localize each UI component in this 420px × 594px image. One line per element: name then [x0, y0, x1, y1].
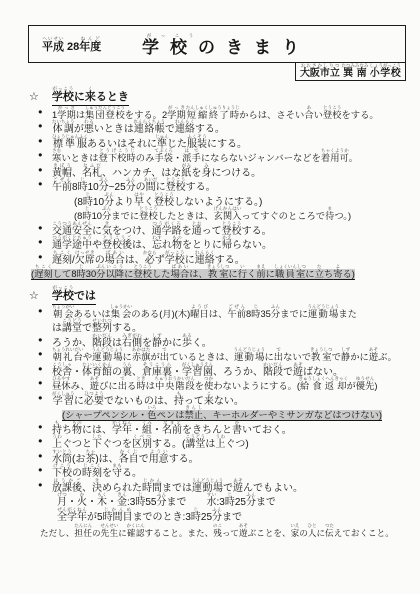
bullet-icon: ●: [38, 119, 43, 134]
section-heading: ☆学校がっこうに来くるとき: [28, 86, 406, 102]
schedule-line: 全学年ぜんがくねんが5時間目じかんめまでのとき:3時じ25分ふんまで: [28, 507, 406, 522]
bullet-icon: ●: [38, 105, 43, 120]
bullet-icon: ●: [38, 221, 43, 236]
highlight-note: (シャープペンシル・色いろペンは禁止きんし、キーホルダーやミサンガなどはつけない…: [28, 405, 406, 420]
bullet-icon: ●: [38, 362, 43, 377]
bullet-icon: ●: [38, 163, 43, 178]
rule-item: ●昼休ひるやすみ、遊あそびに出でる時ときは中央階段ちゅうおうかいだんを使つかわな…: [28, 376, 406, 391]
rule-text: (8時じ10分ぷんまでに登校とうこうしたときは、玄関入げんかんはいってすぐのとこ…: [74, 211, 351, 221]
rule-item: ●上うわぐつと下したぐつを区別くべつする。(講堂こうどうは上うわぐつ): [28, 434, 406, 449]
rule-item: ●午前ごぜん8時じ10分ぷん~25分ふんの間あいだに登校とうこうする。: [28, 177, 406, 192]
highlight-note: (遅刻ちこくして8時じ30分ぷん以降いこうに登校とうこうした場合ばあいは、教室き…: [28, 264, 406, 279]
rule-item: ●遅刻ちこく/欠席けっせきの場合ばあいは、必かならず学校がっこうに連絡れんらくす…: [28, 250, 406, 265]
rule-item: ●通学途中つうがくとちゅうや登校後とうこうごは、忘わすれ物ものをとりに帰かえらな…: [28, 235, 406, 250]
rule-item: ●朝礼台ちょうれいだいや運動場うんどうじょうに赤旗あかはたが出でているときは、運…: [28, 347, 406, 362]
bullet-icon: ●: [38, 391, 43, 406]
rule-item: ●水筒すいとう(お茶ちゃ)は、各自かくじで用意よういする。: [28, 449, 406, 464]
rule-text: 朝礼台ちょうれいだいや運動場うんどうじょうに赤旗あかはたが出でているときは、運動…: [52, 352, 397, 362]
rule-item: ●黄帽きぼう、名札なふだ、ハンカチ、はな紙がみを身みにつける。: [28, 163, 406, 178]
bullet-icon: ●: [38, 235, 43, 250]
rule-item: ●校舎こうしゃ・体育館たいいくかんの裏うら、倉庫裏そうこうら・学習園がくしゅうえ…: [28, 362, 406, 377]
bullet-icon: ●: [38, 449, 43, 464]
bullet-icon: ●: [38, 420, 43, 435]
school-name: 大阪市立おおさかしりつ 巽たつみ 南みなみ 小学校しょうがっこう: [295, 62, 406, 81]
section-heading: ☆学校がっこうでは: [28, 285, 406, 301]
rule-item: ●寒さむいときは登下校時とうげこうじのみ手袋てぶくろ・派手はでにならないジャンバ…: [28, 148, 406, 163]
rule-item: ●標準服ひょうじゅんふくあるいはそれに準じゅんじた服装ふくそうにする。: [28, 134, 406, 149]
bullet-icon: ●: [38, 250, 43, 265]
rule-note: (8時じ10分ぷんより早はやく登校とうこうしないようにする。): [28, 192, 406, 207]
rule-item: ●朝会ちょうかいあるいは集会しゅうかいのある(月)(木)曜日ようびは、午前ごぜん…: [28, 304, 406, 319]
schedule-line: 月げつ・火か・木もく・金きん:3時じ55分ふんまで 水すい:3時じ25分ふんまで: [28, 492, 406, 507]
bullet-icon: ●: [38, 148, 43, 163]
rule-note: (8時じ10分ぷんまでに登校とうこうしたときは、玄関入げんかんはいってすぐのとこ…: [28, 206, 406, 221]
rule-note: は講堂こうどうで整列せいれつする。: [28, 318, 406, 333]
bullet-icon: ●: [38, 478, 43, 493]
rules: ☆学校がっこうに来くるとき●1学期がっきは集団登校しゅうだんとうこうをする。2学…: [28, 86, 406, 538]
bullet-icon: ●: [38, 347, 43, 362]
document-page: 平成へいせい 28年度ねんど 学がっ校こうのきまり 大阪市立おおさかしりつ 巽た…: [0, 0, 420, 594]
bullet-icon: ●: [38, 434, 43, 449]
bullet-icon: ●: [38, 376, 43, 391]
rule-item: ●放課後ほうかご、決きめられた時間じかんまでは運動場うんどうじょうで遊あそんでも…: [28, 478, 406, 493]
star-icon: ☆: [29, 290, 39, 302]
footnote: ただし、担任たんにんの先生せんせいに確認かくにんすること。また、残のこって遊あそ…: [28, 523, 406, 538]
rule-text: 朝会ちょうかいあるいは集会しゅうかいのある(月)(木)曜日ようびは、午前ごぜん8…: [52, 309, 357, 319]
rule-item: ●交通安全こうつうあんぜんに気きをつけ、通学路つうがくろを通とおって登校とうこう…: [28, 221, 406, 236]
rule-item: ●1学期がっきは集団登校しゅうだんとうこうをする。2学期がっき短縮たんしゅく終了…: [28, 105, 406, 120]
rule-text: ただし、担任たんにんの先生せんせいに確認かくにんすること。また、残のこって遊あそ…: [40, 528, 394, 538]
rule-item: ●学習がくしゅうに必要ひつようでないものは、持もって来こない。: [28, 391, 406, 406]
rule-text: 昼休ひるやすみ、遊あそびに出でる時ときは中央階段ちゅうおうかいだんを使つかわない…: [52, 381, 378, 391]
document-title: 学がっ校こうのきまり: [29, 33, 405, 58]
rule-item: ●体調たいちょうが悪わるいときは連絡帳れんらくちょうで連絡れんらくする。: [28, 119, 406, 134]
section-title: 学校がっこうでは: [52, 285, 96, 305]
rule-item: ●ろうか、階段かいだんは右側みぎがわを静しずかに歩あるく。: [28, 333, 406, 348]
header-box: 平成へいせい 28年度ねんど 学がっ校こうのきまり: [28, 25, 406, 63]
rule-text: 全学年ぜんがくねんが5時間目じかんめまでのとき:3時じ25分ふんまで: [57, 512, 242, 523]
section-title: 学校がっこうに来くるとき: [52, 86, 129, 106]
bullet-icon: ●: [38, 177, 43, 192]
bullet-icon: ●: [38, 333, 43, 348]
rule-text: (シャープペンシル・色いろペンは禁止きんし、キーホルダーやミサンガなどはつけない…: [62, 410, 382, 420]
star-icon: ☆: [29, 91, 39, 103]
rule-text: 1学期がっきは集団登校しゅうだんとうこうをする。2学期がっき短縮たんしゅく終了時…: [52, 110, 379, 120]
rule-item: ●下校げこうの時刻じこくを守まもる。: [28, 463, 406, 478]
rule-text: 寒さむいときは登下校時とうげこうじのみ手袋てぶくろ・派手はでにならないジャンバー…: [52, 153, 358, 163]
rule-text: (遅刻ちこくして8時じ30分ぷん以降いこうに登校とうこうした場合ばあいは、教室き…: [31, 269, 355, 279]
bullet-icon: ●: [38, 134, 43, 149]
bullet-icon: ●: [38, 463, 43, 478]
rule-item: ●持もち物ものには、学年がくねん・組くみ・名前なまえをきちんと書かいておく。: [28, 420, 406, 435]
bullet-icon: ●: [38, 304, 43, 319]
